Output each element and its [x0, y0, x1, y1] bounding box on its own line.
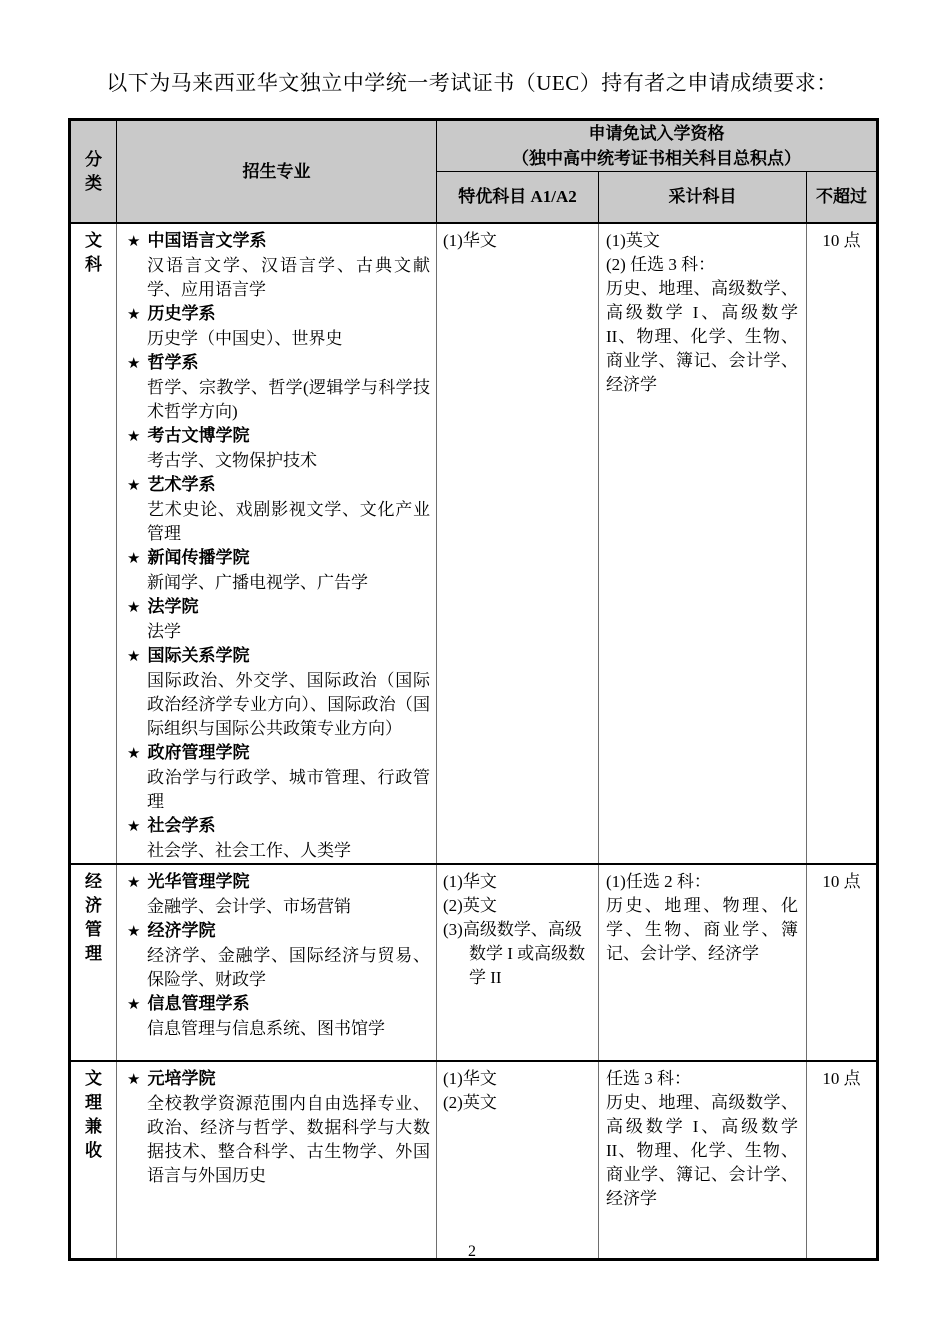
department-majors: 新闻学、广播电视学、广告学 — [147, 571, 430, 595]
category-label: 经济管理 — [84, 870, 103, 966]
max-points-cell: 10 点 — [807, 223, 878, 864]
star-icon: ★ — [127, 746, 140, 762]
uec-requirements-table: 分类 招生专业 申请免试入学资格 （独中高中统考证书相关科目总积点） 特优科目 … — [68, 118, 879, 1261]
department-line: ★社会学系 — [127, 814, 432, 839]
counted-subjects-cell: (1)英文 (2) 任选 3 科： 历史、地理、高级数学、高级数学 I、高级数学… — [599, 223, 807, 864]
department-line: ★历史学系 — [127, 302, 432, 327]
counted-subject-list: 历史、地理、高级数学、高级数学 I、高级数学 II、物理、化学、生物、商业学、簿… — [606, 1091, 798, 1211]
top-subject-item: (3)高级数学、高级数学 I 或高级数学 II — [443, 918, 593, 990]
header-row-main: 分类 招生专业 申请免试入学资格 （独中高中统考证书相关科目总积点） — [70, 120, 878, 172]
max-points-cell: 10 点 — [807, 864, 878, 1061]
star-icon: ★ — [127, 551, 140, 567]
star-icon: ★ — [127, 875, 140, 891]
department-line: ★艺术学系 — [127, 473, 432, 498]
department-name: 国际关系学院 — [147, 646, 249, 665]
star-icon: ★ — [127, 307, 140, 323]
department-name: 政府管理学院 — [147, 743, 249, 762]
top-subject-item: (1)华文 — [443, 229, 593, 253]
star-icon: ★ — [127, 429, 140, 445]
department-name: 中国语言文学系 — [147, 231, 266, 250]
department-majors: 经济学、金融学、国际经济与贸易、保险学、财政学 — [147, 944, 430, 992]
star-icon: ★ — [127, 819, 140, 835]
header-counted-subjects: 采计科目 — [599, 172, 807, 224]
counted-subject-item: 任选 3 科： — [606, 1067, 798, 1091]
header-max-points: 不超过 — [807, 172, 878, 224]
department-line: ★国际关系学院 — [127, 644, 432, 669]
header-exemption-title: 申请免试入学资格 — [437, 121, 876, 146]
counted-subjects-cell: 任选 3 科： 历史、地理、高级数学、高级数学 I、高级数学 II、物理、化学、… — [599, 1061, 807, 1259]
department-majors: 艺术史论、戏剧影视文学、文化产业管理 — [147, 498, 430, 546]
counted-subjects-cell: (1)任选 2 科： 历史、地理、物理、化学、生物、商业学、簿记、会计学、经济学 — [599, 864, 807, 1061]
header-exemption: 申请免试入学资格 （独中高中统考证书相关科目总积点） — [437, 120, 878, 172]
category-label: 文理兼收 — [84, 1067, 103, 1163]
header-exemption-subtitle: （独中高中统考证书相关科目总积点） — [437, 146, 876, 171]
department-name: 艺术学系 — [147, 475, 215, 494]
department-majors: 考古学、文物保护技术 — [147, 449, 430, 473]
department-line: ★经济学院 — [127, 919, 432, 944]
counted-subject-item: (1)英文 — [606, 229, 798, 253]
department-majors: 哲学、宗教学、哲学(逻辑学与科学技术哲学方向) — [147, 376, 430, 424]
star-icon: ★ — [127, 356, 140, 372]
star-icon: ★ — [127, 600, 140, 616]
category-label: 文科 — [84, 229, 103, 277]
department-name: 经济学院 — [147, 921, 215, 940]
department-majors: 信息管理与信息系统、图书馆学 — [147, 1017, 430, 1041]
star-icon: ★ — [127, 234, 140, 250]
department-line: ★政府管理学院 — [127, 741, 432, 766]
page-title: 以下为马来西亚华文独立中学统一考试证书（UEC）持有者之申请成绩要求： — [0, 71, 944, 95]
top-subject-item: (1)华文 — [443, 870, 593, 894]
department-name: 哲学系 — [147, 353, 198, 372]
department-line: ★新闻传播学院 — [127, 546, 432, 571]
majors-cell: ★中国语言文学系 汉语言文学、汉语言学、古典文献学、应用语言学 ★历史学系 历史… — [117, 223, 437, 864]
header-category-label: 分类 — [84, 148, 103, 196]
table-row-economics-management: 经济管理 ★光华管理学院 金融学、会计学、市场营销 ★经济学院 经济学、金融学、… — [70, 864, 878, 1061]
top-subject-item: (2)英文 — [443, 1091, 593, 1115]
department-majors: 政治学与行政学、城市管理、行政管理 — [147, 766, 430, 814]
department-name: 考古文博学院 — [147, 426, 249, 445]
table-row-arts-science: 文理兼收 ★元培学院 全校教学资源范围内自由选择专业、政治、经济与哲学、数据科学… — [70, 1061, 878, 1259]
counted-subject-list: 历史、地理、物理、化学、生物、商业学、簿记、会计学、经济学 — [606, 894, 798, 966]
department-majors: 历史学（中国史）、世界史 — [147, 327, 430, 351]
department-name: 信息管理学系 — [147, 994, 249, 1013]
department-line: ★考古文博学院 — [127, 424, 432, 449]
department-majors: 国际政治、外交学、国际政治（国际政治经济学专业方向）、国际政治（国际组织与国际公… — [147, 669, 430, 741]
department-line: ★光华管理学院 — [127, 870, 432, 895]
department-name: 历史学系 — [147, 304, 215, 323]
department-majors: 法学 — [147, 620, 430, 644]
counted-subject-item: (1)任选 2 科： — [606, 870, 798, 894]
counted-subject-list: 历史、地理、高级数学、高级数学 I、高级数学 II、物理、化学、生物、商业学、簿… — [606, 277, 798, 397]
department-majors: 全校教学资源范围内自由选择专业、政治、经济与哲学、数据科学与大数据技术、整合科学… — [147, 1092, 430, 1188]
department-majors: 金融学、会计学、市场营销 — [147, 895, 430, 919]
category-cell: 经济管理 — [70, 864, 117, 1061]
department-name: 社会学系 — [147, 816, 215, 835]
top-subjects-cell: (1)华文 (2)英文 — [437, 1061, 599, 1259]
department-name: 光华管理学院 — [147, 872, 249, 891]
department-name: 法学院 — [147, 597, 198, 616]
department-line: ★中国语言文学系 — [127, 229, 432, 254]
department-line: ★法学院 — [127, 595, 432, 620]
max-points-cell: 10 点 — [807, 1061, 878, 1259]
top-subjects-cell: (1)华文 — [437, 223, 599, 864]
star-icon: ★ — [127, 478, 140, 494]
department-majors: 汉语言文学、汉语言学、古典文献学、应用语言学 — [147, 254, 430, 302]
top-subjects-cell: (1)华文 (2)英文 (3)高级数学、高级数学 I 或高级数学 II — [437, 864, 599, 1061]
star-icon: ★ — [127, 997, 140, 1013]
department-line: ★信息管理学系 — [127, 992, 432, 1017]
majors-cell: ★光华管理学院 金融学、会计学、市场营销 ★经济学院 经济学、金融学、国际经济与… — [117, 864, 437, 1061]
header-top-subjects: 特优科目 A1/A2 — [437, 172, 599, 224]
star-icon: ★ — [127, 649, 140, 665]
counted-subject-item: (2) 任选 3 科： — [606, 253, 798, 277]
page-number: 2 — [0, 1243, 944, 1261]
category-cell: 文科 — [70, 223, 117, 864]
header-majors: 招生专业 — [117, 120, 437, 224]
star-icon: ★ — [127, 1072, 140, 1088]
department-majors: 社会学、社会工作、人类学 — [147, 839, 430, 863]
majors-cell: ★元培学院 全校教学资源范围内自由选择专业、政治、经济与哲学、数据科学与大数据技… — [117, 1061, 437, 1259]
department-name: 新闻传播学院 — [147, 548, 249, 567]
table-row-liberal-arts: 文科 ★中国语言文学系 汉语言文学、汉语言学、古典文献学、应用语言学 ★历史学系… — [70, 223, 878, 864]
category-cell: 文理兼收 — [70, 1061, 117, 1259]
department-line: ★元培学院 — [127, 1067, 432, 1092]
header-category: 分类 — [70, 120, 117, 224]
department-name: 元培学院 — [147, 1069, 215, 1088]
department-line: ★哲学系 — [127, 351, 432, 376]
top-subject-item: (2)英文 — [443, 894, 593, 918]
top-subject-item: (1)华文 — [443, 1067, 593, 1091]
star-icon: ★ — [127, 924, 140, 940]
